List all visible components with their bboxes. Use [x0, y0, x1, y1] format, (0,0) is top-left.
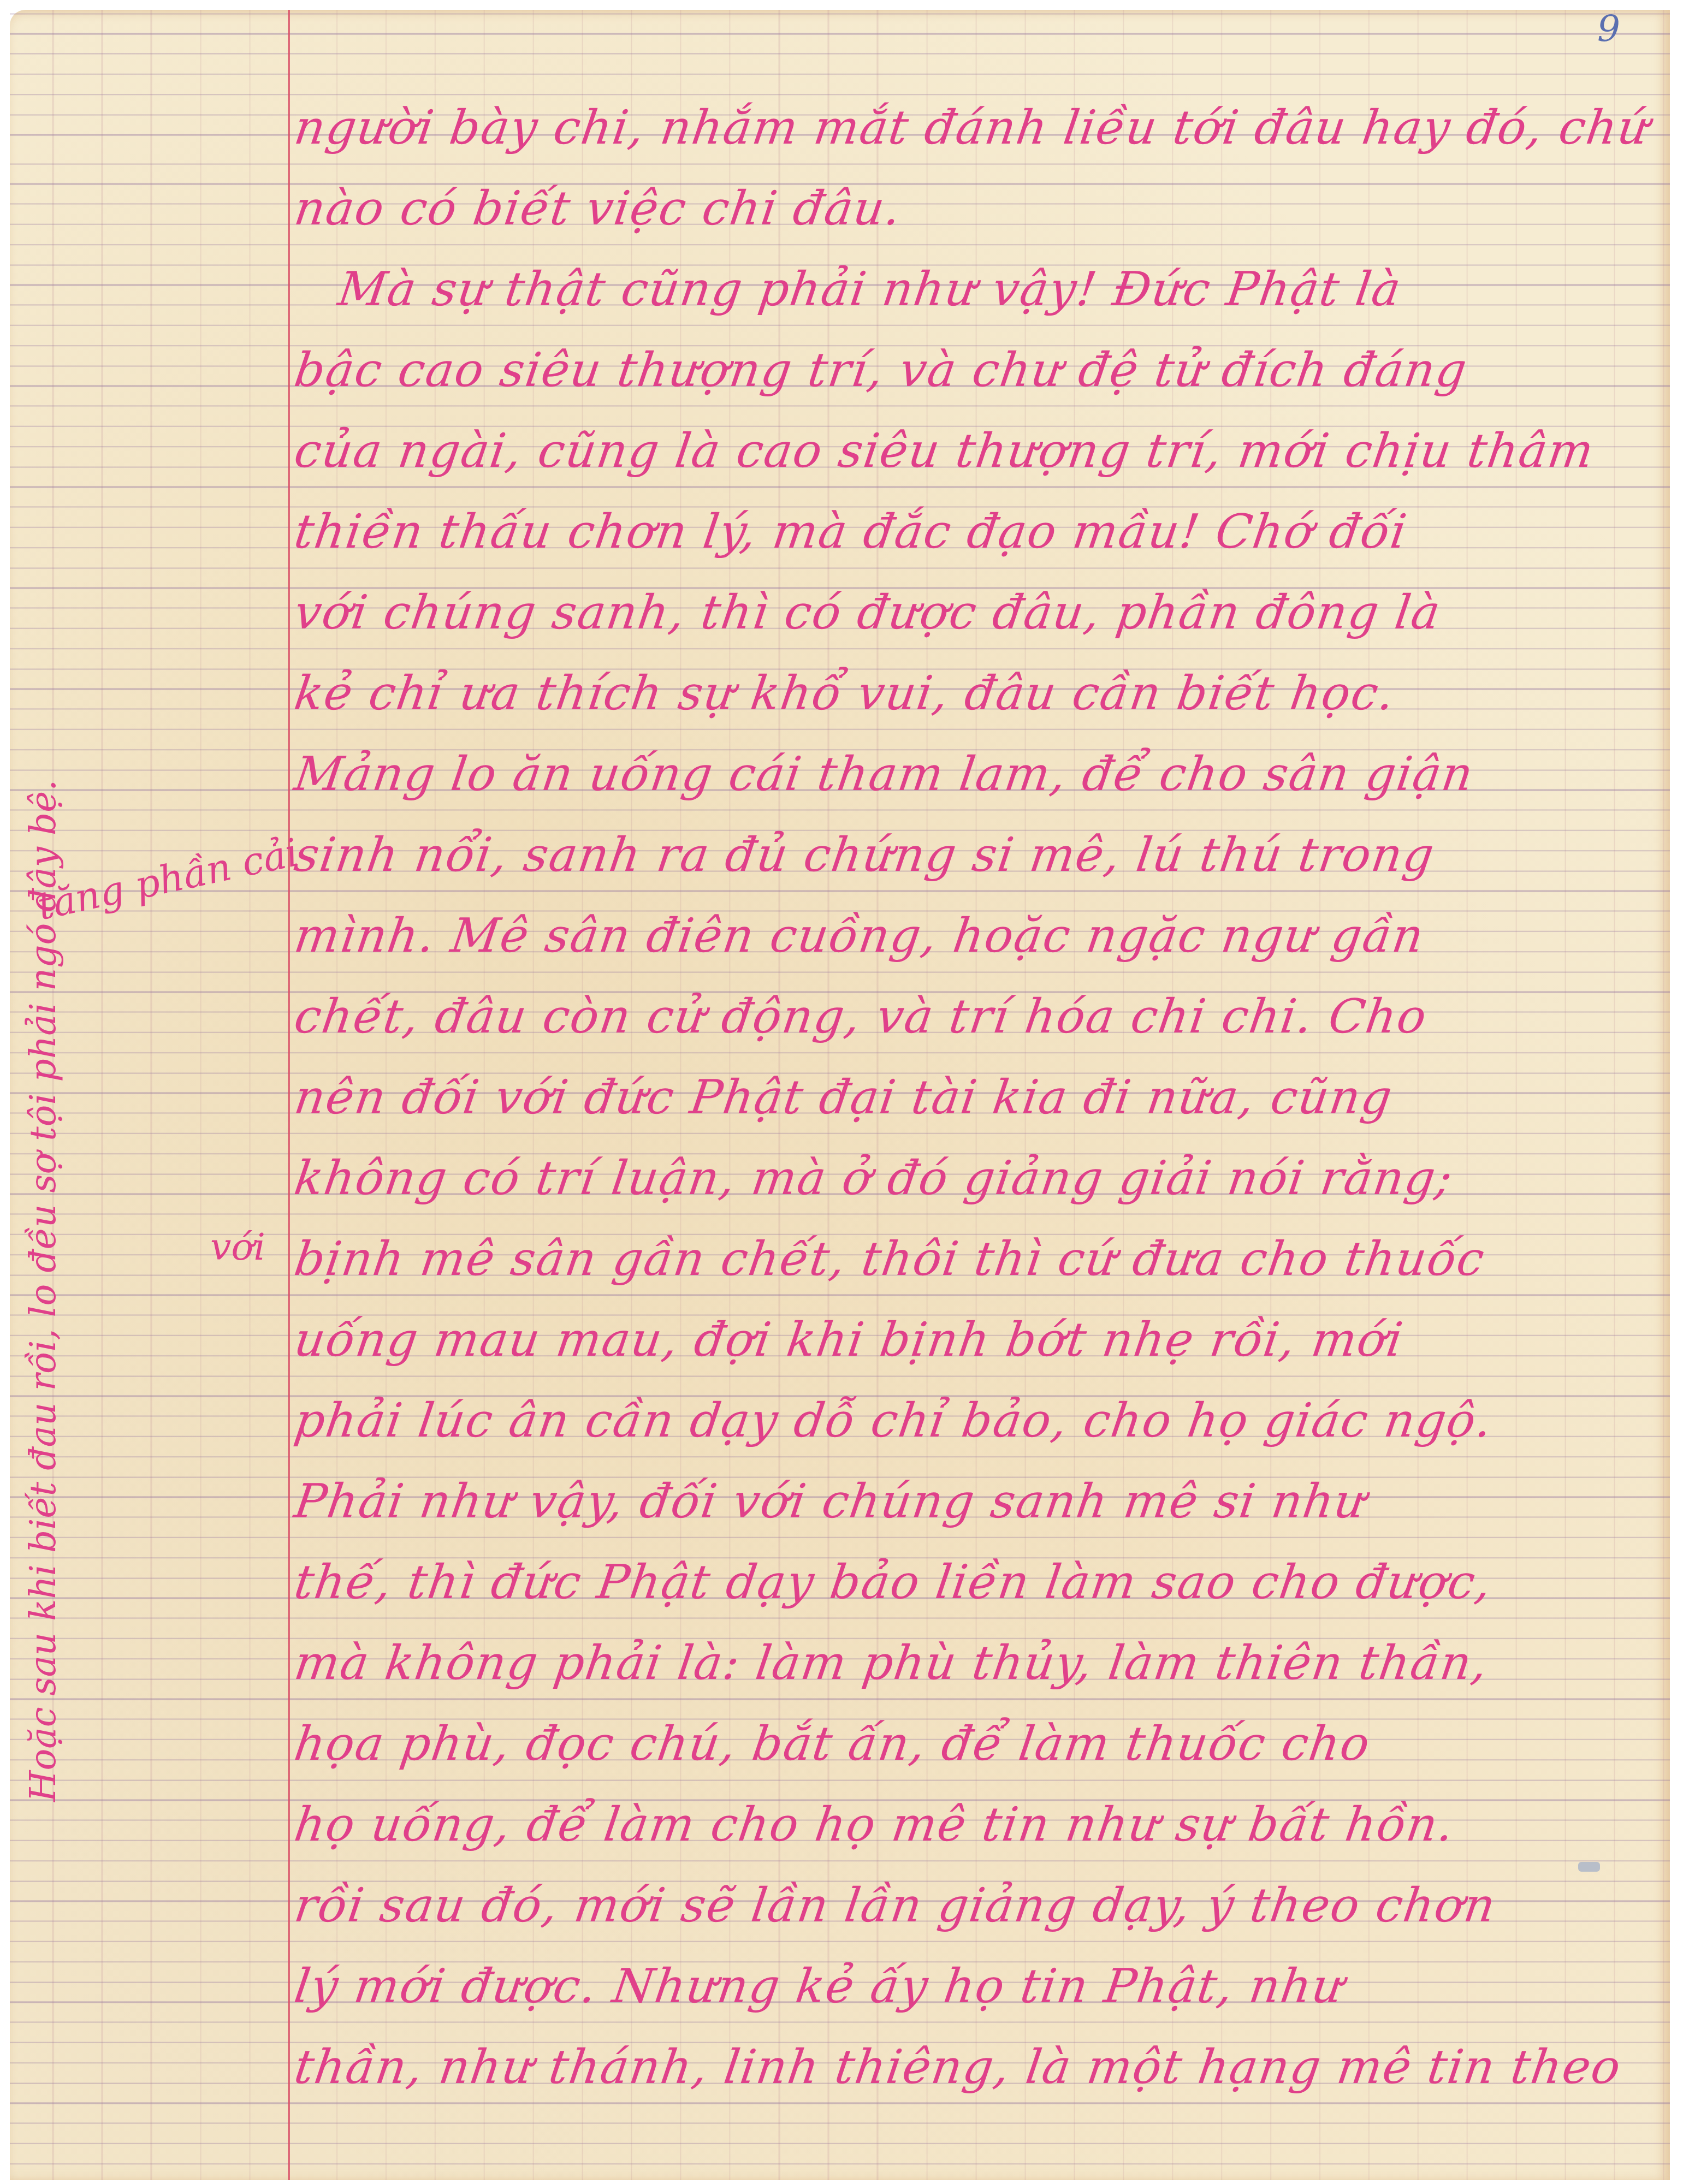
text-line: kẻ chỉ ưa thích sự khổ vui, đâu cần biết… — [289, 653, 1666, 734]
ink-smudge — [1578, 1862, 1600, 1872]
text-line: thế, thì đức Phật dạy bảo liền làm sao c… — [289, 1542, 1666, 1623]
text-line: phải lúc ân cần dạy dỗ chỉ bảo, cho họ g… — [289, 1380, 1666, 1461]
margin-note-voi: với — [210, 1226, 265, 1269]
text-line: của ngài, cũng là cao siêu thượng trí, m… — [289, 411, 1666, 491]
text-line: không có trí luận, mà ở đó giảng giải nó… — [289, 1138, 1666, 1219]
text-line: Mà sự thật cũng phải như vậy! Đức Phật l… — [289, 249, 1666, 330]
text-line: với chúng sanh, thì có được đâu, phần đô… — [289, 572, 1666, 653]
text-line: họa phù, đọc chú, bắt ấn, để làm thuốc c… — [289, 1704, 1666, 1784]
margin-line — [288, 10, 290, 2180]
text-line: nào có biết việc chi đâu. — [289, 168, 1666, 249]
text-line: uống mau mau, đợi khi bịnh bớt nhẹ rồi, … — [289, 1299, 1666, 1380]
text-line: người bày chi, nhắm mắt đánh liều tới đâ… — [289, 87, 1666, 168]
text-line: thiền thấu chơn lý, mà đắc đạo mầu! Chớ … — [289, 491, 1666, 572]
text-line: Phải như vậy, đối với chúng sanh mê si n… — [289, 1461, 1666, 1542]
text-line: sinh nổi, sanh ra đủ chứng si mê, lú thú… — [289, 815, 1666, 895]
handwritten-body: người bày chi, nhắm mắt đánh liều tới đâ… — [295, 87, 1660, 2108]
margin-note-vertical: Hoặc sau khi biết đau rồi, lo đều sợ tội… — [22, 874, 64, 1802]
text-line: bậc cao siêu thượng trí, và chư đệ tử đí… — [289, 330, 1666, 411]
text-line: nên đối với đức Phật đại tài kia đi nữa,… — [289, 1057, 1666, 1138]
text-line: bịnh mê sân gần chết, thôi thì cứ đưa ch… — [289, 1219, 1666, 1299]
text-line: họ uống, để làm cho họ mê tin như sự bất… — [289, 1784, 1666, 1865]
text-line: mà không phải là: làm phù thủy, làm thiê… — [289, 1623, 1666, 1704]
text-line: rồi sau đó, mới sẽ lần lần giảng dạy, ý … — [289, 1865, 1666, 1946]
text-line: thần, như thánh, linh thiêng, là một hạn… — [289, 2027, 1666, 2108]
page-number: 9 — [1597, 8, 1620, 50]
text-line: lý mới được. Nhưng kẻ ấy họ tin Phật, nh… — [289, 1946, 1666, 2027]
text-line: Mảng lo ăn uống cái tham lam, để cho sân… — [289, 734, 1666, 815]
text-line: chết, đâu còn cử động, và trí hóa chi ch… — [289, 976, 1666, 1057]
text-line: mình. Mê sân điên cuồng, hoặc ngặc ngư g… — [289, 895, 1666, 976]
